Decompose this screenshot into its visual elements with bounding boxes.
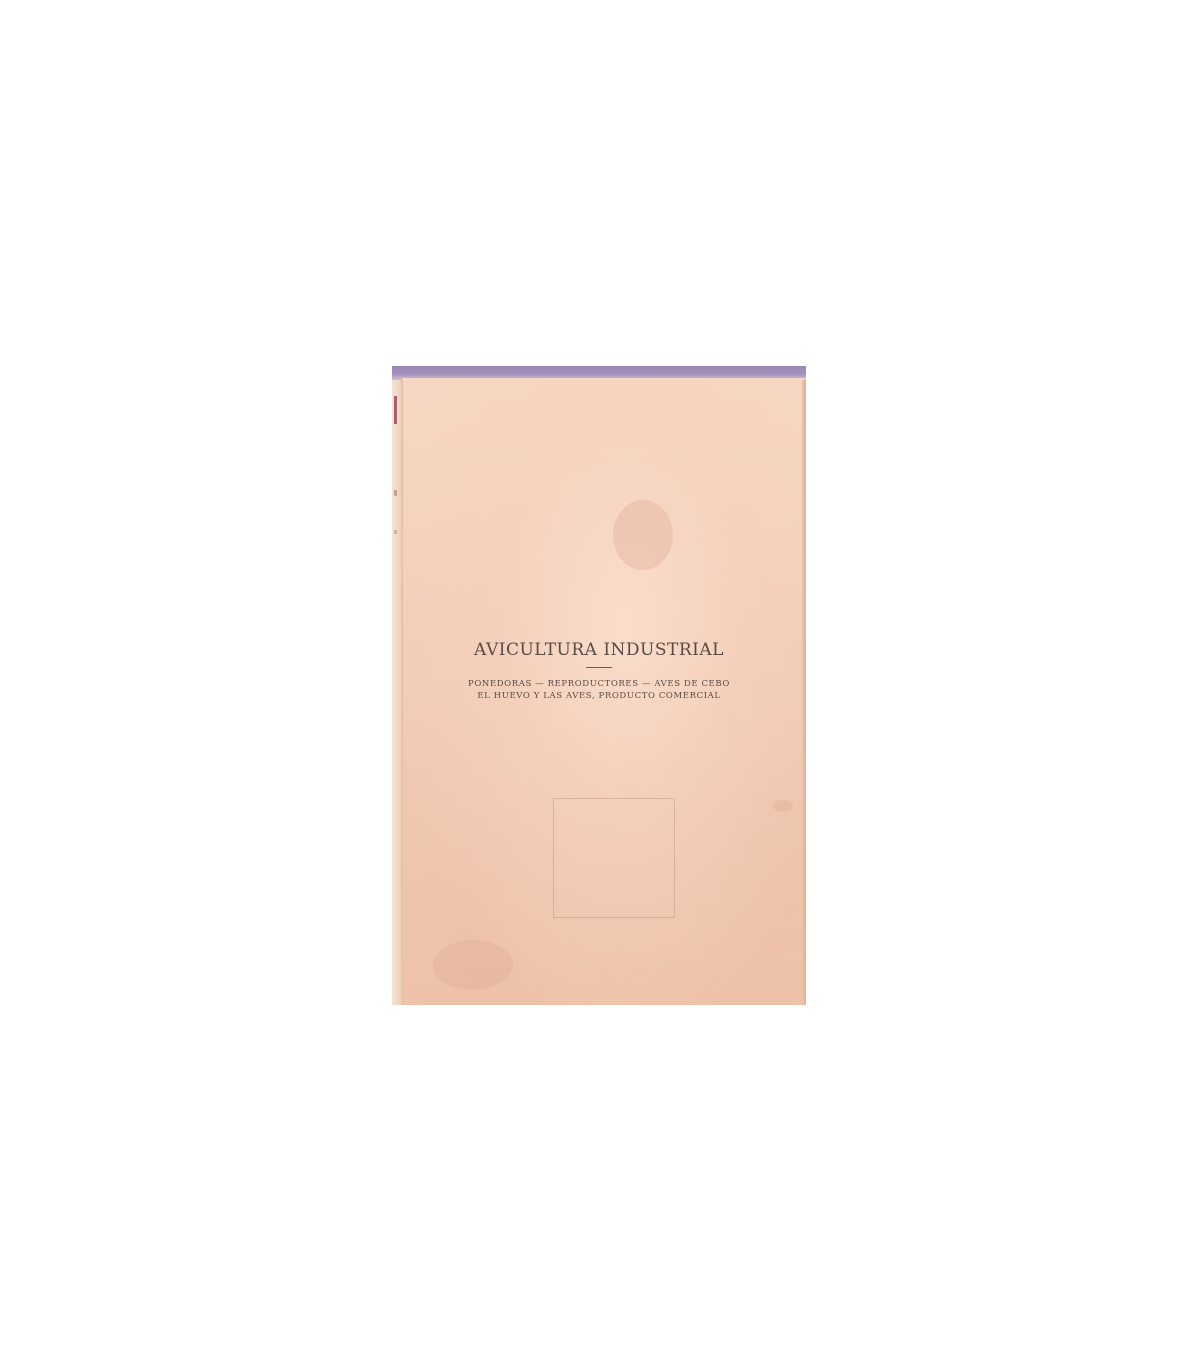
title-rule (586, 667, 612, 668)
subtitle-line-1: PONEDORAS — REPRODUCTORES — AVES DE CEBO (392, 678, 806, 690)
title-block: AVICULTURA INDUSTRIAL PONEDORAS — REPROD… (392, 640, 806, 702)
subtitle-line-2: EL HUEVO Y LAS AVES, PRODUCTO COMERCIAL (392, 690, 806, 702)
faded-stamp-box (553, 798, 675, 918)
book-cover: AVICULTURA INDUSTRIAL PONEDORAS — REPROD… (392, 366, 806, 1005)
stain (773, 800, 793, 812)
stain (433, 940, 513, 990)
stain (613, 500, 673, 570)
book-title: AVICULTURA INDUSTRIAL (392, 640, 806, 660)
